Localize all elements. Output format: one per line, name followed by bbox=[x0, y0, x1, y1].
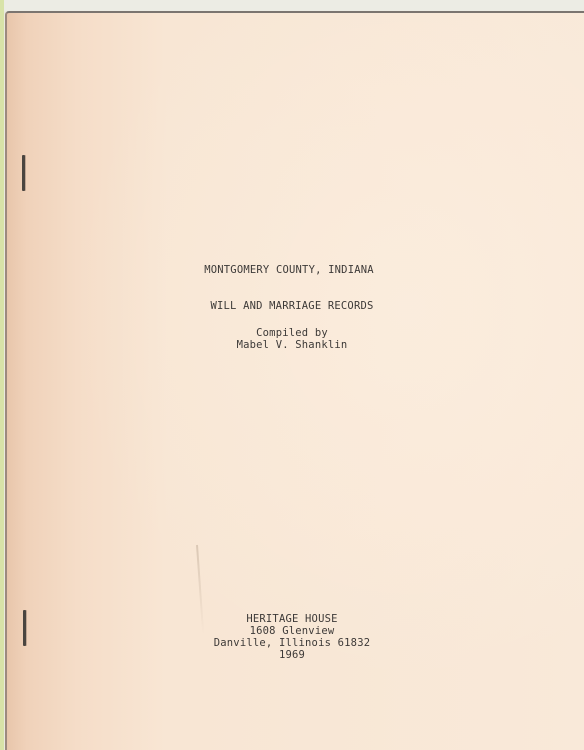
publisher-city: Danville, Illinois 61832 bbox=[0, 637, 584, 649]
county-heading: MONTGOMERY COUNTY, INDIANA bbox=[0, 264, 581, 276]
publication-year: 1969 bbox=[0, 649, 584, 661]
staple-top bbox=[22, 155, 25, 191]
publisher-name: HERITAGE HOUSE bbox=[0, 613, 584, 625]
compiler-name: Mabel V. Shanklin bbox=[0, 339, 584, 351]
publisher-street: 1608 Glenview bbox=[0, 625, 584, 637]
scan-background-top bbox=[0, 0, 584, 11]
compiled-by-label: Compiled by bbox=[0, 327, 584, 339]
document-title: WILL AND MARRIAGE RECORDS bbox=[0, 300, 584, 312]
